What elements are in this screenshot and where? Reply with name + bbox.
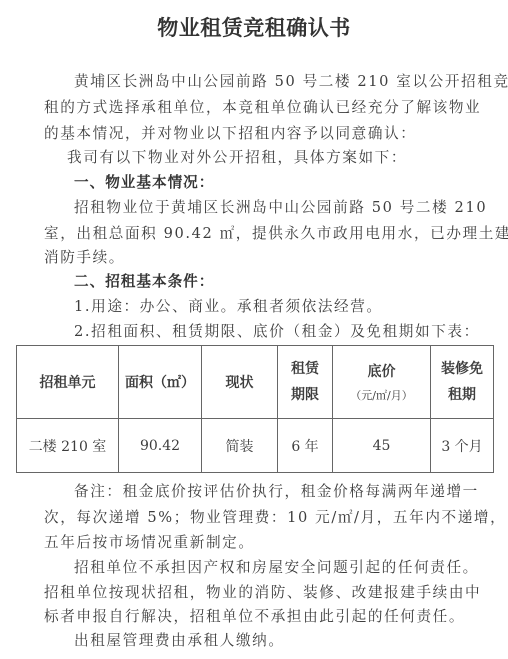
header-label: 面积（㎡） [125, 375, 195, 391]
section1-line: 招租物业位于黄埔区长洲岛中山公园前路 50 号二楼 210 [74, 196, 487, 217]
fee-text: 出租屋管理费由承租人缴纳。 [74, 629, 285, 650]
table-row: 二楼 210 室 90.42 简装 6 年 45 3 个月 [17, 419, 494, 473]
disclaimer-line: 标者申报自行解决，招租单位不承担由此引起的任何责任。 [44, 605, 465, 626]
cell-price: 45 [333, 419, 431, 473]
note-line: 备注：租金底价按评估价执行，租金价格每满两年递增一 [74, 480, 479, 501]
cell-status: 简装 [202, 419, 278, 473]
table-header-row: 招租单元 面积（㎡） 现状 租赁 期限 底价 （元/㎡/月） 装修免 租期 [17, 346, 494, 419]
intro-line: 黄埔区长洲岛中山公园前路 50 号二楼 210 室以公开招租竞 [74, 70, 508, 91]
disclaimer-line: 招租单位不承担因产权和房屋安全问题引起的任何责任。 [74, 556, 479, 577]
disclaimer-line: 招租单位按现状招租，物业的消防、装修、改建报建手续由中 [44, 581, 481, 602]
section2-item2: 2.招租面积、租赁期限、底价（租金）及免租期如下表： [74, 320, 480, 341]
intro-line: 的基本情况，并对物业以下招租内容予以同意确认： [44, 122, 416, 143]
section1-line: 消防手续。 [44, 246, 125, 267]
header-price: 底价 （元/㎡/月） [333, 346, 431, 419]
header-label: 底价 [368, 364, 396, 380]
header-label: 期限 [291, 387, 319, 403]
header-label: 装修免 [441, 361, 483, 377]
document-title: 物业租赁竞租确认书 [0, 12, 508, 42]
header-label: 租赁 [291, 361, 319, 377]
section2-heading: 二、招租基本条件： [74, 270, 214, 291]
statement-text: 我司有以下物业对外公开招租，具体方案如下： [67, 146, 407, 167]
header-label: 招租单元 [40, 375, 96, 391]
rent-table: 招租单元 面积（㎡） 现状 租赁 期限 底价 （元/㎡/月） 装修免 租期 二楼… [16, 345, 494, 473]
note-line: 五年后按市场情况重新制定。 [44, 531, 255, 552]
cell-unit: 二楼 210 室 [17, 419, 119, 473]
header-area: 面积（㎡） [119, 346, 202, 419]
header-free-period: 装修免 租期 [431, 346, 494, 419]
cell-term: 6 年 [278, 419, 333, 473]
header-term: 租赁 期限 [278, 346, 333, 419]
section1-line: 室，出租总面积 90.42 ㎡，提供永久市政用电用水，已办理土建 [44, 222, 508, 243]
header-status: 现状 [202, 346, 278, 419]
header-sublabel: （元/㎡/月） [333, 387, 430, 403]
section2-item1: 1.用途：办公、商业。承租者须依法经营。 [74, 295, 383, 316]
section1-heading: 一、物业基本情况： [74, 171, 214, 192]
header-unit: 招租单元 [17, 346, 119, 419]
cell-free-period: 3 个月 [431, 419, 494, 473]
note-line: 次，每次递增 5%；物业管理费：10 元/㎡/月，五年内不递增， [44, 506, 506, 527]
cell-area: 90.42 [119, 419, 202, 473]
header-label: 现状 [226, 375, 254, 391]
intro-line: 租的方式选择承租单位，本竞租单位确认已经充分了解该物业 [44, 96, 481, 117]
header-label: 租期 [448, 387, 476, 403]
